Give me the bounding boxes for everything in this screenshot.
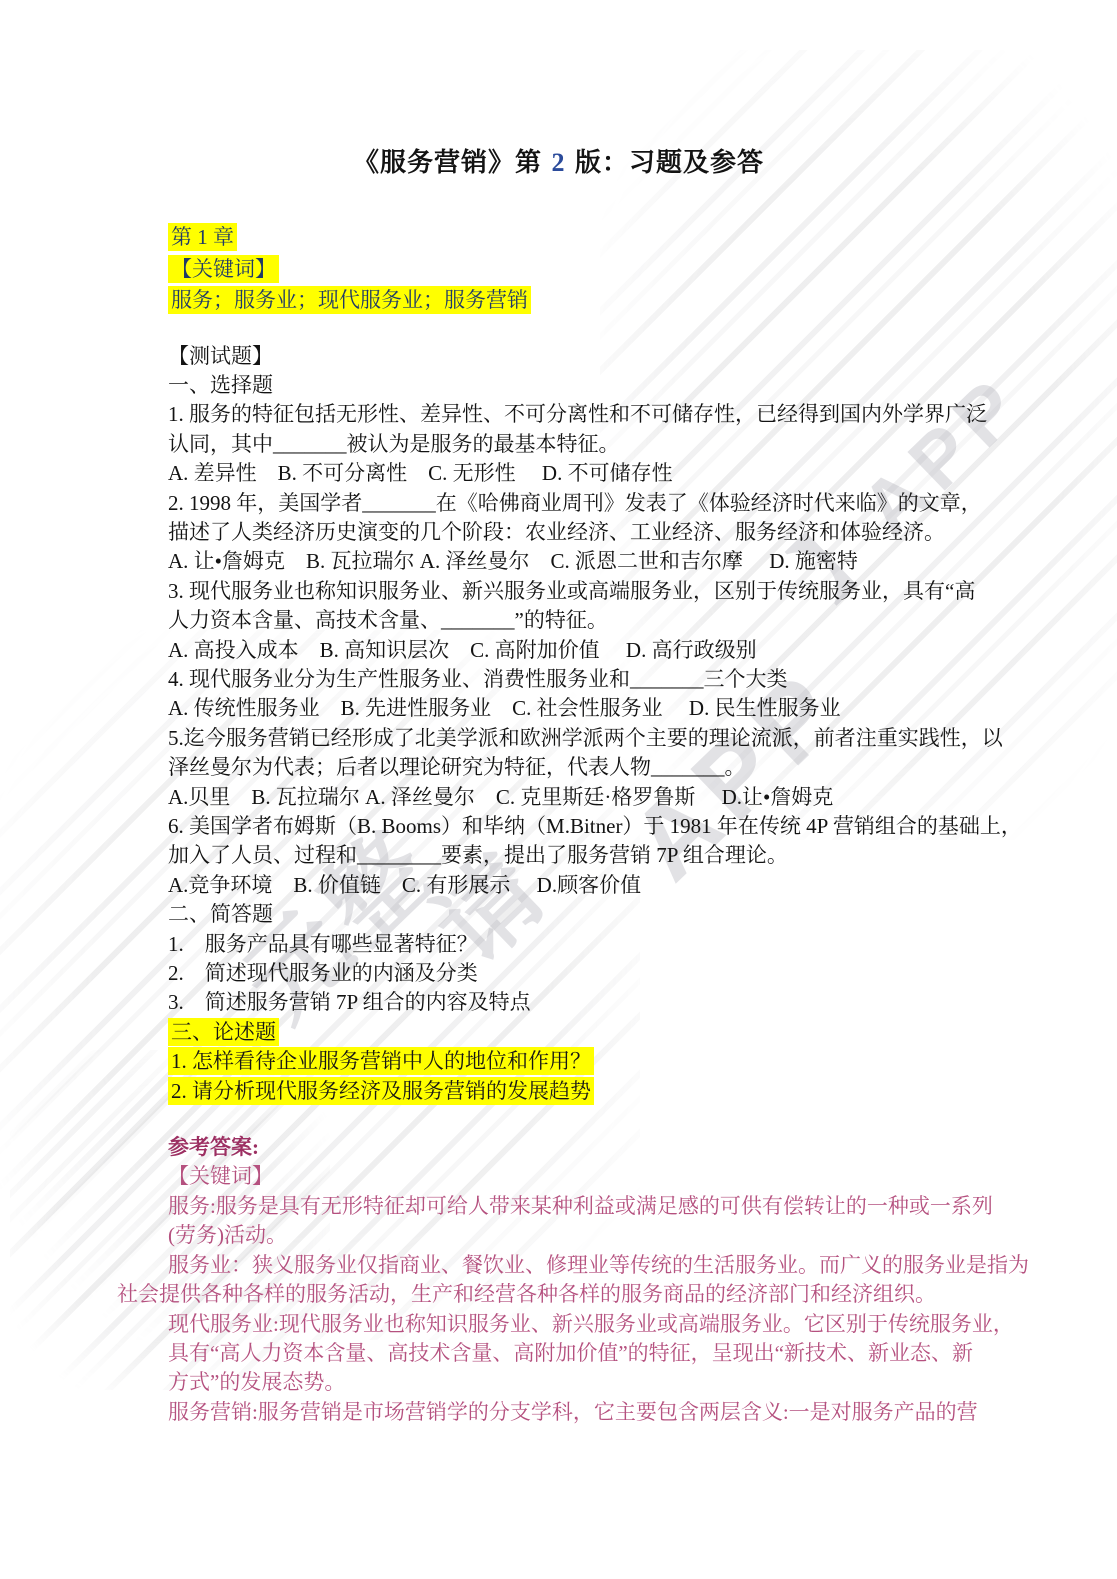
question-line: 加入了人员、过程和________要素，提出了服务营销 7P 组合理论。 — [168, 841, 977, 870]
answers-keyword-label: 【关键词】 — [168, 1162, 977, 1191]
question-line: 人力资本含量、高技术含量、_______”的特征。 — [168, 606, 977, 635]
document-content: 《服务营销》第 2 版：习题及参答 第 1 章 【关键词】 服务；服务业；现代服… — [0, 0, 1117, 1427]
essay-item: 1. 怎样看待企业服务营销中人的地位和作用？ — [168, 1047, 977, 1076]
answer-line: 服务:服务是具有无形特征却可给人带来某种利益或满足感的可供有偿转让的一种或一系列 — [168, 1192, 977, 1221]
page-title: 《服务营销》第 2 版：习题及参答 — [168, 145, 949, 181]
question-line: 3. 现代服务业也称知识服务业、新兴服务业或高端服务业，区别于传统服务业，具有“… — [168, 577, 977, 606]
options-line: A.贝里 B. 瓦拉瑞尔 A. 泽丝曼尔 C. 克里斯廷·格罗鲁斯 D.让•詹姆… — [168, 783, 977, 812]
short-section-heading: 二、简答题 — [168, 900, 977, 929]
answer-line: 社会提供各种各样的服务活动，生产和经营各种各样的服务商品的经济部门和经济组织。 — [117, 1280, 977, 1309]
question-line: 2. 1998 年，美国学者_______在《哈佛商业周刊》发表了《体验经济时代… — [168, 489, 977, 518]
document-page: 元整 请 APP 】APP 《服务营销》第 2 版：习题及参答 第 1 章 【关… — [0, 0, 1117, 1579]
essay-item-text: 1. 怎样看待企业服务营销中人的地位和作用？ — [168, 1047, 594, 1075]
keywords-list: 服务；服务业；现代服务业；服务营销 — [168, 287, 977, 314]
answer-line: 方式”的发展态势。 — [168, 1368, 977, 1397]
options-line: A. 高投入成本 B. 高知识层次 C. 高附加价值 D. 高行政级别 — [168, 636, 977, 665]
chapter-heading-text: 第 1 章 — [168, 223, 237, 251]
short-item: 2. 简述现代服务业的内涵及分类 — [168, 959, 977, 988]
answer-line: 具有“高人力资本含量、高技术含量、高附加价值”的特征，呈现出“新技术、新业态、新 — [168, 1339, 977, 1368]
question-line: 泽丝曼尔为代表；后者以理论研究为特征，代表人物_______。 — [168, 753, 977, 782]
question-line: 5.迄今服务营销已经形成了北美学派和欧洲学派两个主要的理论流派，前者注重实践性，… — [168, 724, 977, 753]
question-line: 描述了人类经济历史演变的几个阶段：农业经济、工业经济、服务经济和体验经济。 — [168, 518, 977, 547]
answer-line: 服务营销:服务营销是市场营销学的分支学科，它主要包含两层含义:一是对服务产品的营 — [168, 1398, 977, 1427]
short-item: 3. 简述服务营销 7P 组合的内容及特点 — [168, 988, 977, 1017]
options-line: A. 差异性 B. 不可分离性 C. 无形性 D. 不可储存性 — [168, 459, 977, 488]
essay-item-text: 2. 请分析现代服务经济及服务营销的发展趋势 — [168, 1077, 594, 1105]
title-suffix: 版：习题及参答 — [568, 148, 765, 177]
question-line: 1. 服务的特征包括无形性、差异性、不可分离性和不可储存性，已经得到国内外学界广… — [168, 400, 977, 429]
answers-heading: 参考答案: — [168, 1133, 977, 1162]
title-edition-number: 2 — [550, 148, 568, 177]
essay-heading-text: 三、论述题 — [168, 1018, 279, 1046]
essay-item: 2. 请分析现代服务经济及服务营销的发展趋势 — [168, 1077, 977, 1106]
short-item: 1. 服务产品具有哪些显著特征？ — [168, 930, 977, 959]
answer-line: 服务业：狭义服务业仅指商业、餐饮业、修理业等传统的生活服务业。而广义的服务业是指… — [168, 1251, 977, 1280]
keywords-label: 【关键词】 — [168, 256, 977, 283]
keywords-label-text: 【关键词】 — [168, 255, 279, 283]
answer-line: (劳务)活动。 — [168, 1221, 977, 1250]
options-line: A.竞争环境 B. 价值链 C. 有形展示 D.顾客价值 — [168, 871, 977, 900]
answer-line: 现代服务业:现代服务业也称知识服务业、新兴服务业或高端服务业。它区别于传统服务业… — [168, 1310, 977, 1339]
answers-section: 参考答案: 【关键词】 服务:服务是具有无形特征却可给人带来某种利益或满足感的可… — [168, 1133, 977, 1427]
choice-section-heading: 一、选择题 — [168, 371, 977, 400]
title-prefix: 《服务营销》第 — [353, 148, 550, 177]
options-line: A. 让•詹姆克 B. 瓦拉瑞尔 A. 泽丝曼尔 C. 派恩二世和吉尔摩 D. … — [168, 547, 977, 576]
quiz-header: 【测试题】 — [168, 342, 977, 371]
question-line: 4. 现代服务业分为生产性服务业、消费性服务业和_______三个大类 — [168, 665, 977, 694]
question-line: 认同，其中_______被认为是服务的最基本特征。 — [168, 430, 977, 459]
options-line: A. 传统性服务业 B. 先进性服务业 C. 社会性服务业 D. 民生性服务业 — [168, 694, 977, 723]
chapter-keywords-block: 第 1 章 【关键词】 服务；服务业；现代服务业；服务营销 — [168, 224, 977, 314]
quiz-section: 【测试题】 一、选择题 1. 服务的特征包括无形性、差异性、不可分离性和不可储存… — [168, 342, 977, 1428]
essay-section-heading: 三、论述题 — [168, 1018, 977, 1047]
keywords-list-text: 服务；服务业；现代服务业；服务营销 — [168, 286, 531, 314]
question-line: 6. 美国学者布姆斯（B. Booms）和毕纳（M.Bitner）于 1981 … — [168, 812, 977, 841]
chapter-heading: 第 1 章 — [168, 224, 977, 251]
